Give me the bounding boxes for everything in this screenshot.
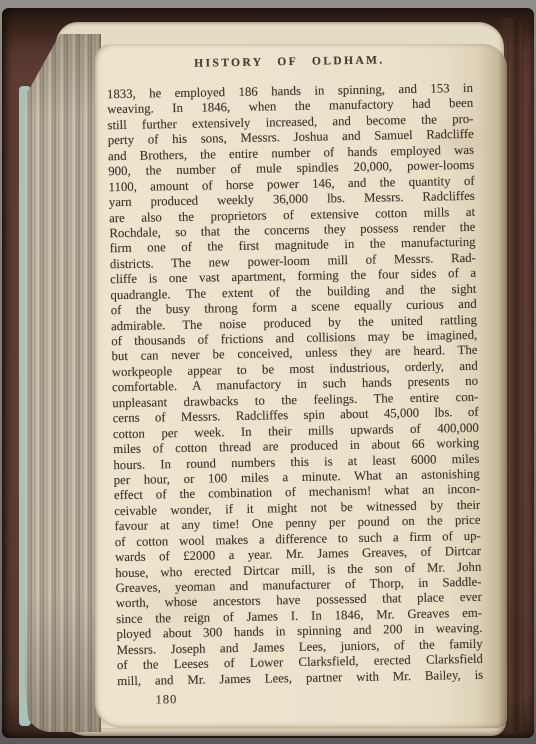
page-content: HISTORY OF OLDHAM. 1833, he employed 186…	[106, 53, 483, 708]
fanned-page-edges	[25, 34, 101, 732]
book-photo-scene: HISTORY OF OLDHAM. 1833, he employed 186…	[0, 0, 536, 744]
body-text: 1833, he employed 186 hands in spinning,…	[107, 81, 483, 689]
gutter-shadow	[498, 18, 524, 734]
